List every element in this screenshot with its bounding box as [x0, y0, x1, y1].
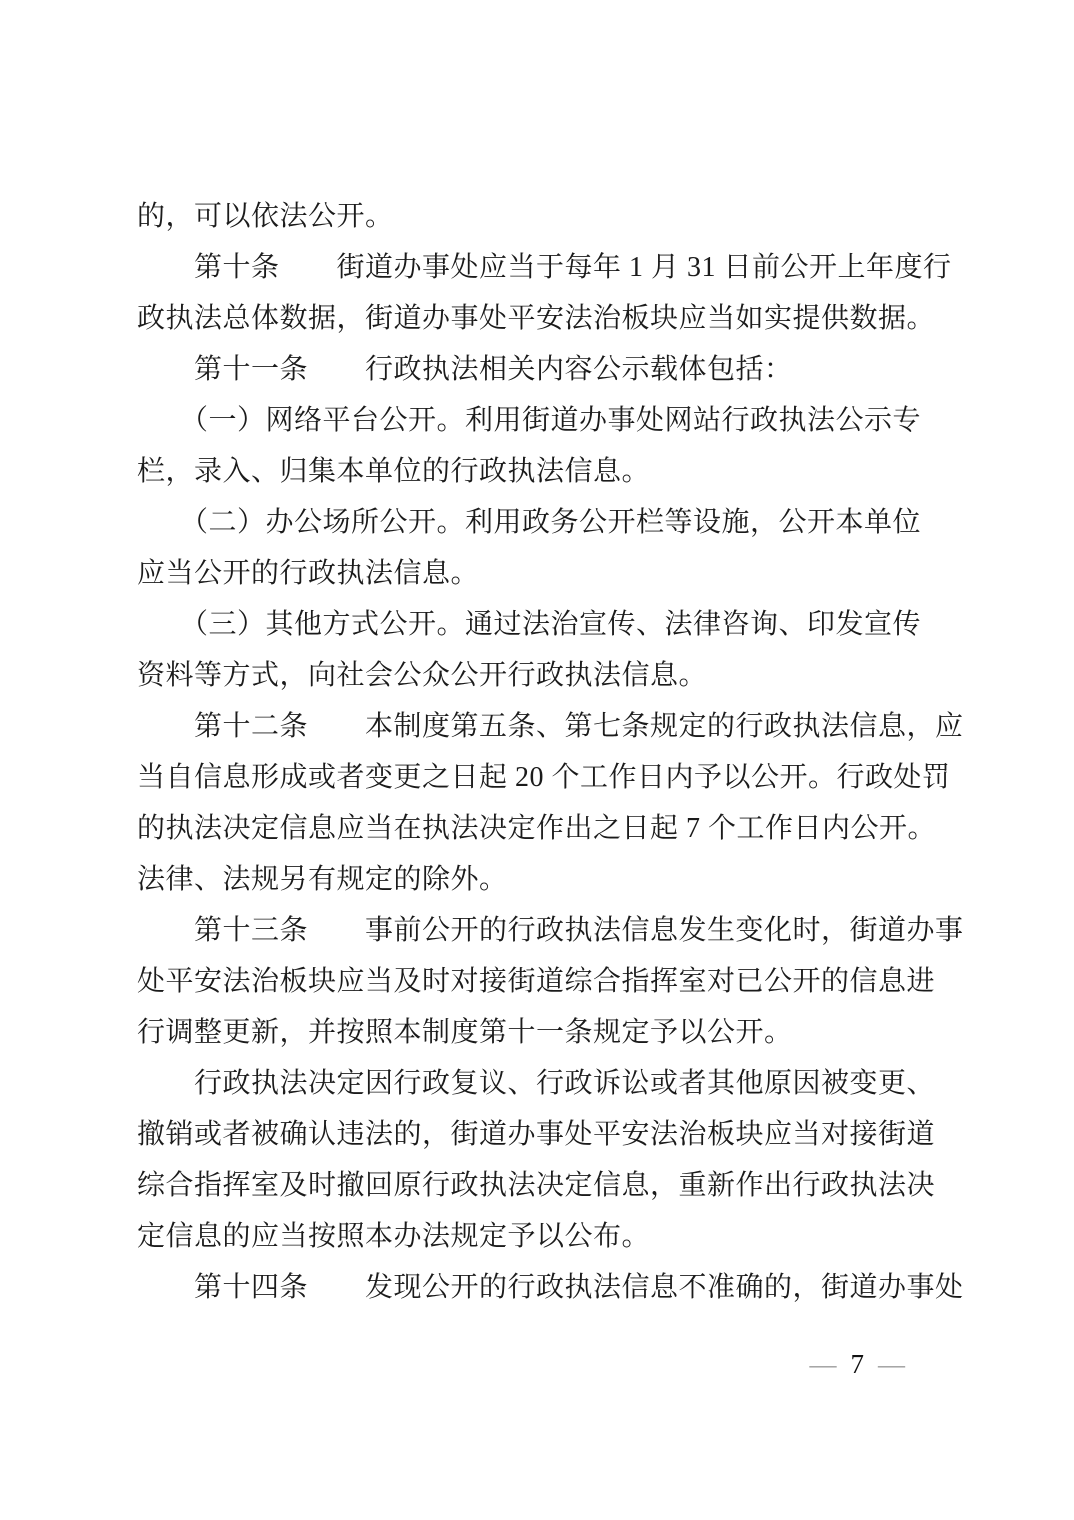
document-line: 的，可以依法公开。	[137, 191, 937, 242]
document-line: （二）办公场所公开。利用政务公开栏等设施，公开本单位	[137, 497, 937, 548]
document-line: （一）网络平台公开。利用街道办事处网站行政执法公示专	[137, 395, 937, 446]
document-line: 行调整更新，并按照本制度第十一条规定予以公开。	[137, 1007, 937, 1058]
document-line: 第十二条 本制度第五条、第七条规定的行政执法信息，应	[137, 701, 937, 752]
document-body: 的，可以依法公开。 第十条 街道办事处应当于每年 1 月 31 日前公开上年度行…	[137, 191, 937, 1313]
document-page: 的，可以依法公开。 第十条 街道办事处应当于每年 1 月 31 日前公开上年度行…	[0, 0, 1074, 1520]
document-line: 行政执法决定因行政复议、行政诉讼或者其他原因被变更、	[137, 1058, 937, 1109]
page-number: — 7 —	[810, 1348, 906, 1380]
document-line: 处平安法治板块应当及时对接街道综合指挥室对已公开的信息进	[137, 956, 937, 1007]
document-line: 第十三条 事前公开的行政执法信息发生变化时，街道办事	[137, 905, 937, 956]
document-line: 第十一条 行政执法相关内容公示载体包括：	[137, 344, 937, 395]
page-number-dash-right: —	[878, 1348, 905, 1380]
document-line: 法律、法规另有规定的除外。	[137, 854, 937, 905]
document-line: 栏，录入、归集本单位的行政执法信息。	[137, 446, 937, 497]
document-line: 第十条 街道办事处应当于每年 1 月 31 日前公开上年度行	[137, 242, 937, 293]
document-line: （三）其他方式公开。通过法治宣传、法律咨询、印发宣传	[137, 599, 937, 650]
document-line: 的执法决定信息应当在执法决定作出之日起 7 个工作日内公开。	[137, 803, 937, 854]
document-line: 综合指挥室及时撤回原行政执法决定信息，重新作出行政执法决	[137, 1160, 937, 1211]
document-line: 撤销或者被确认违法的，街道办事处平安法治板块应当对接街道	[137, 1109, 937, 1160]
document-line: 资料等方式，向社会公众公开行政执法信息。	[137, 650, 937, 701]
document-line: 应当公开的行政执法信息。	[137, 548, 937, 599]
document-line: 政执法总体数据，街道办事处平安法治板块应当如实提供数据。	[137, 293, 937, 344]
document-line: 第十四条 发现公开的行政执法信息不准确的，街道办事处	[137, 1262, 937, 1313]
document-line: 定信息的应当按照本办法规定予以公布。	[137, 1211, 937, 1262]
page-number-dash-left: —	[810, 1348, 837, 1380]
document-line: 当自信息形成或者变更之日起 20 个工作日内予以公开。行政处罚	[137, 752, 937, 803]
page-number-value: 7	[851, 1348, 865, 1380]
